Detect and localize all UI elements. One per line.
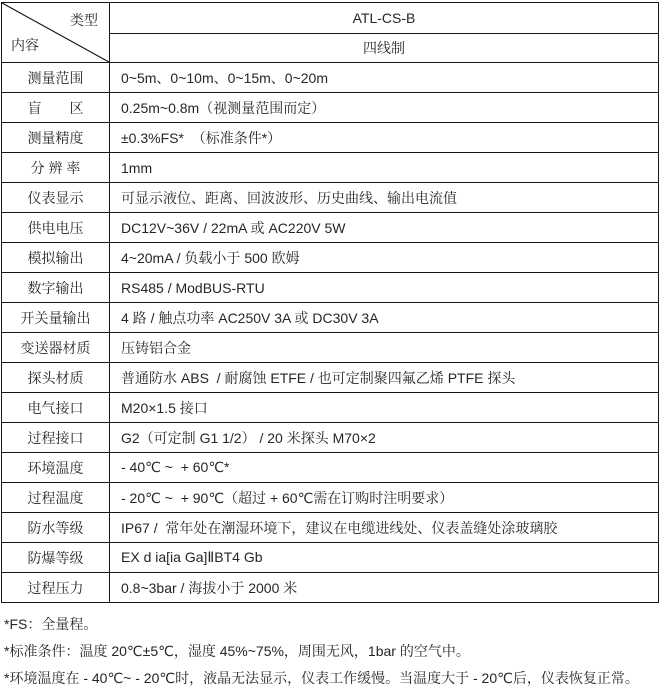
table-row: 仪表显示 可显示液位、距离、回波波形、历史曲线、输出电流值: [2, 183, 659, 213]
spec-label: 防水等级: [2, 513, 110, 543]
corner-label-content: 内容: [11, 35, 39, 55]
wiring-header: 四线制: [110, 34, 659, 63]
table-row: 供电电压 DC12V~36V / 22mA 或 AC220V 5W: [2, 213, 659, 243]
spec-label: 仪表显示: [2, 183, 110, 213]
spec-label: 测量精度: [2, 123, 110, 153]
spec-value: 4 路 / 触点功率 AC250V 3A 或 DC30V 3A: [110, 303, 659, 333]
spec-value: ±0.3%FS* （标准条件*）: [110, 123, 659, 153]
spec-value: 普通防水 ABS / 耐腐蚀 ETFE / 也可定制聚四氟乙烯 PTFE 探头: [110, 363, 659, 393]
spec-value: 压铸铝合金: [110, 333, 659, 363]
spec-value: 4~20mA / 负载小于 500 欧姆: [110, 243, 659, 273]
spec-value: 0~5m、0~10m、0~15m、0~20m: [110, 63, 659, 93]
table-row: 过程温度 - 20℃ ~ + 90℃（超过 + 60℃需在订购时注明要求）: [2, 483, 659, 513]
table-row: 探头材质 普通防水 ABS / 耐腐蚀 ETFE / 也可定制聚四氟乙烯 PTF…: [2, 363, 659, 393]
table-row: 防水等级 IP67 / 常年处在潮湿环境下，建议在电缆进线处、仪表盖缝处涂玻璃胶: [2, 513, 659, 543]
spec-label: 测量范围: [2, 63, 110, 93]
spec-label: 开关量输出: [2, 303, 110, 333]
spec-label: 探头材质: [2, 363, 110, 393]
spec-label: 盲 区: [2, 93, 110, 123]
corner-label-type: 类型: [70, 10, 98, 30]
table-row: 防爆等级 EX d ia[ia Ga]ⅡBT4 Gb: [2, 543, 659, 573]
spec-value: 1mm: [110, 153, 659, 183]
spec-value: - 20℃ ~ + 90℃（超过 + 60℃需在订购时注明要求）: [110, 483, 659, 513]
spec-value: - 40℃ ~ + 60℃*: [110, 453, 659, 483]
table-row: 分 辨 率 1mm: [2, 153, 659, 183]
spec-value: M20×1.5 接口: [110, 393, 659, 423]
spec-value: 0.25m~0.8m（视测量范围而定）: [110, 93, 659, 123]
spec-label: 过程压力: [2, 573, 110, 603]
corner-header-cell: 类型 内容: [2, 3, 110, 63]
spec-value: DC12V~36V / 22mA 或 AC220V 5W: [110, 213, 659, 243]
table-row: 测量范围 0~5m、0~10m、0~15m、0~20m: [2, 63, 659, 93]
spec-value: EX d ia[ia Ga]ⅡBT4 Gb: [110, 543, 659, 573]
footnote: *环境温度在 - 40℃~ - 20℃时，液晶无法显示，仪表工作缓慢。当温度大于…: [4, 665, 661, 692]
footnote: *标准条件：温度 20℃±5℃，湿度 45%~75%，周围无风，1bar 的空气…: [4, 638, 661, 665]
spec-value: 0.8~3bar / 海拔小于 2000 米: [110, 573, 659, 603]
table-row: 过程接口 G2（可定制 G1 1/2） / 20 米探头 M70×2: [2, 423, 659, 453]
spec-label: 防爆等级: [2, 543, 110, 573]
spec-value: RS485 / ModBUS-RTU: [110, 273, 659, 303]
footnote: *FS：全量程。: [4, 611, 661, 638]
spec-label: 变送器材质: [2, 333, 110, 363]
table-row: 模拟输出 4~20mA / 负载小于 500 欧姆: [2, 243, 659, 273]
table-row: 电气接口 M20×1.5 接口: [2, 393, 659, 423]
spec-label: 环境温度: [2, 453, 110, 483]
table-row: 开关量输出 4 路 / 触点功率 AC250V 3A 或 DC30V 3A: [2, 303, 659, 333]
spec-label: 供电电压: [2, 213, 110, 243]
table-row: 数字输出 RS485 / ModBUS-RTU: [2, 273, 659, 303]
model-header: ATL-CS-B: [110, 3, 659, 34]
table-row: 盲 区 0.25m~0.8m（视测量范围而定）: [2, 93, 659, 123]
spec-label: 分 辨 率: [2, 153, 110, 183]
spec-value: IP67 / 常年处在潮湿环境下，建议在电缆进线处、仪表盖缝处涂玻璃胶: [110, 513, 659, 543]
spec-label: 数字输出: [2, 273, 110, 303]
spec-value: G2（可定制 G1 1/2） / 20 米探头 M70×2: [110, 423, 659, 453]
table-row: 环境温度 - 40℃ ~ + 60℃*: [2, 453, 659, 483]
spec-value: 可显示液位、距离、回波波形、历史曲线、输出电流值: [110, 183, 659, 213]
table-row: 测量精度 ±0.3%FS* （标准条件*）: [2, 123, 659, 153]
spec-label: 模拟输出: [2, 243, 110, 273]
spec-label: 过程温度: [2, 483, 110, 513]
table-row: 过程压力 0.8~3bar / 海拔小于 2000 米: [2, 573, 659, 603]
spec-label: 过程接口: [2, 423, 110, 453]
spec-label: 电气接口: [2, 393, 110, 423]
footnotes-section: *FS：全量程。 *标准条件：温度 20℃±5℃，湿度 45%~75%，周围无风…: [0, 603, 665, 692]
table-row: 变送器材质 压铸铝合金: [2, 333, 659, 363]
spec-table: 类型 内容 ATL-CS-B 四线制 测量范围 0~5m、0~10m、0~15m…: [1, 2, 659, 603]
